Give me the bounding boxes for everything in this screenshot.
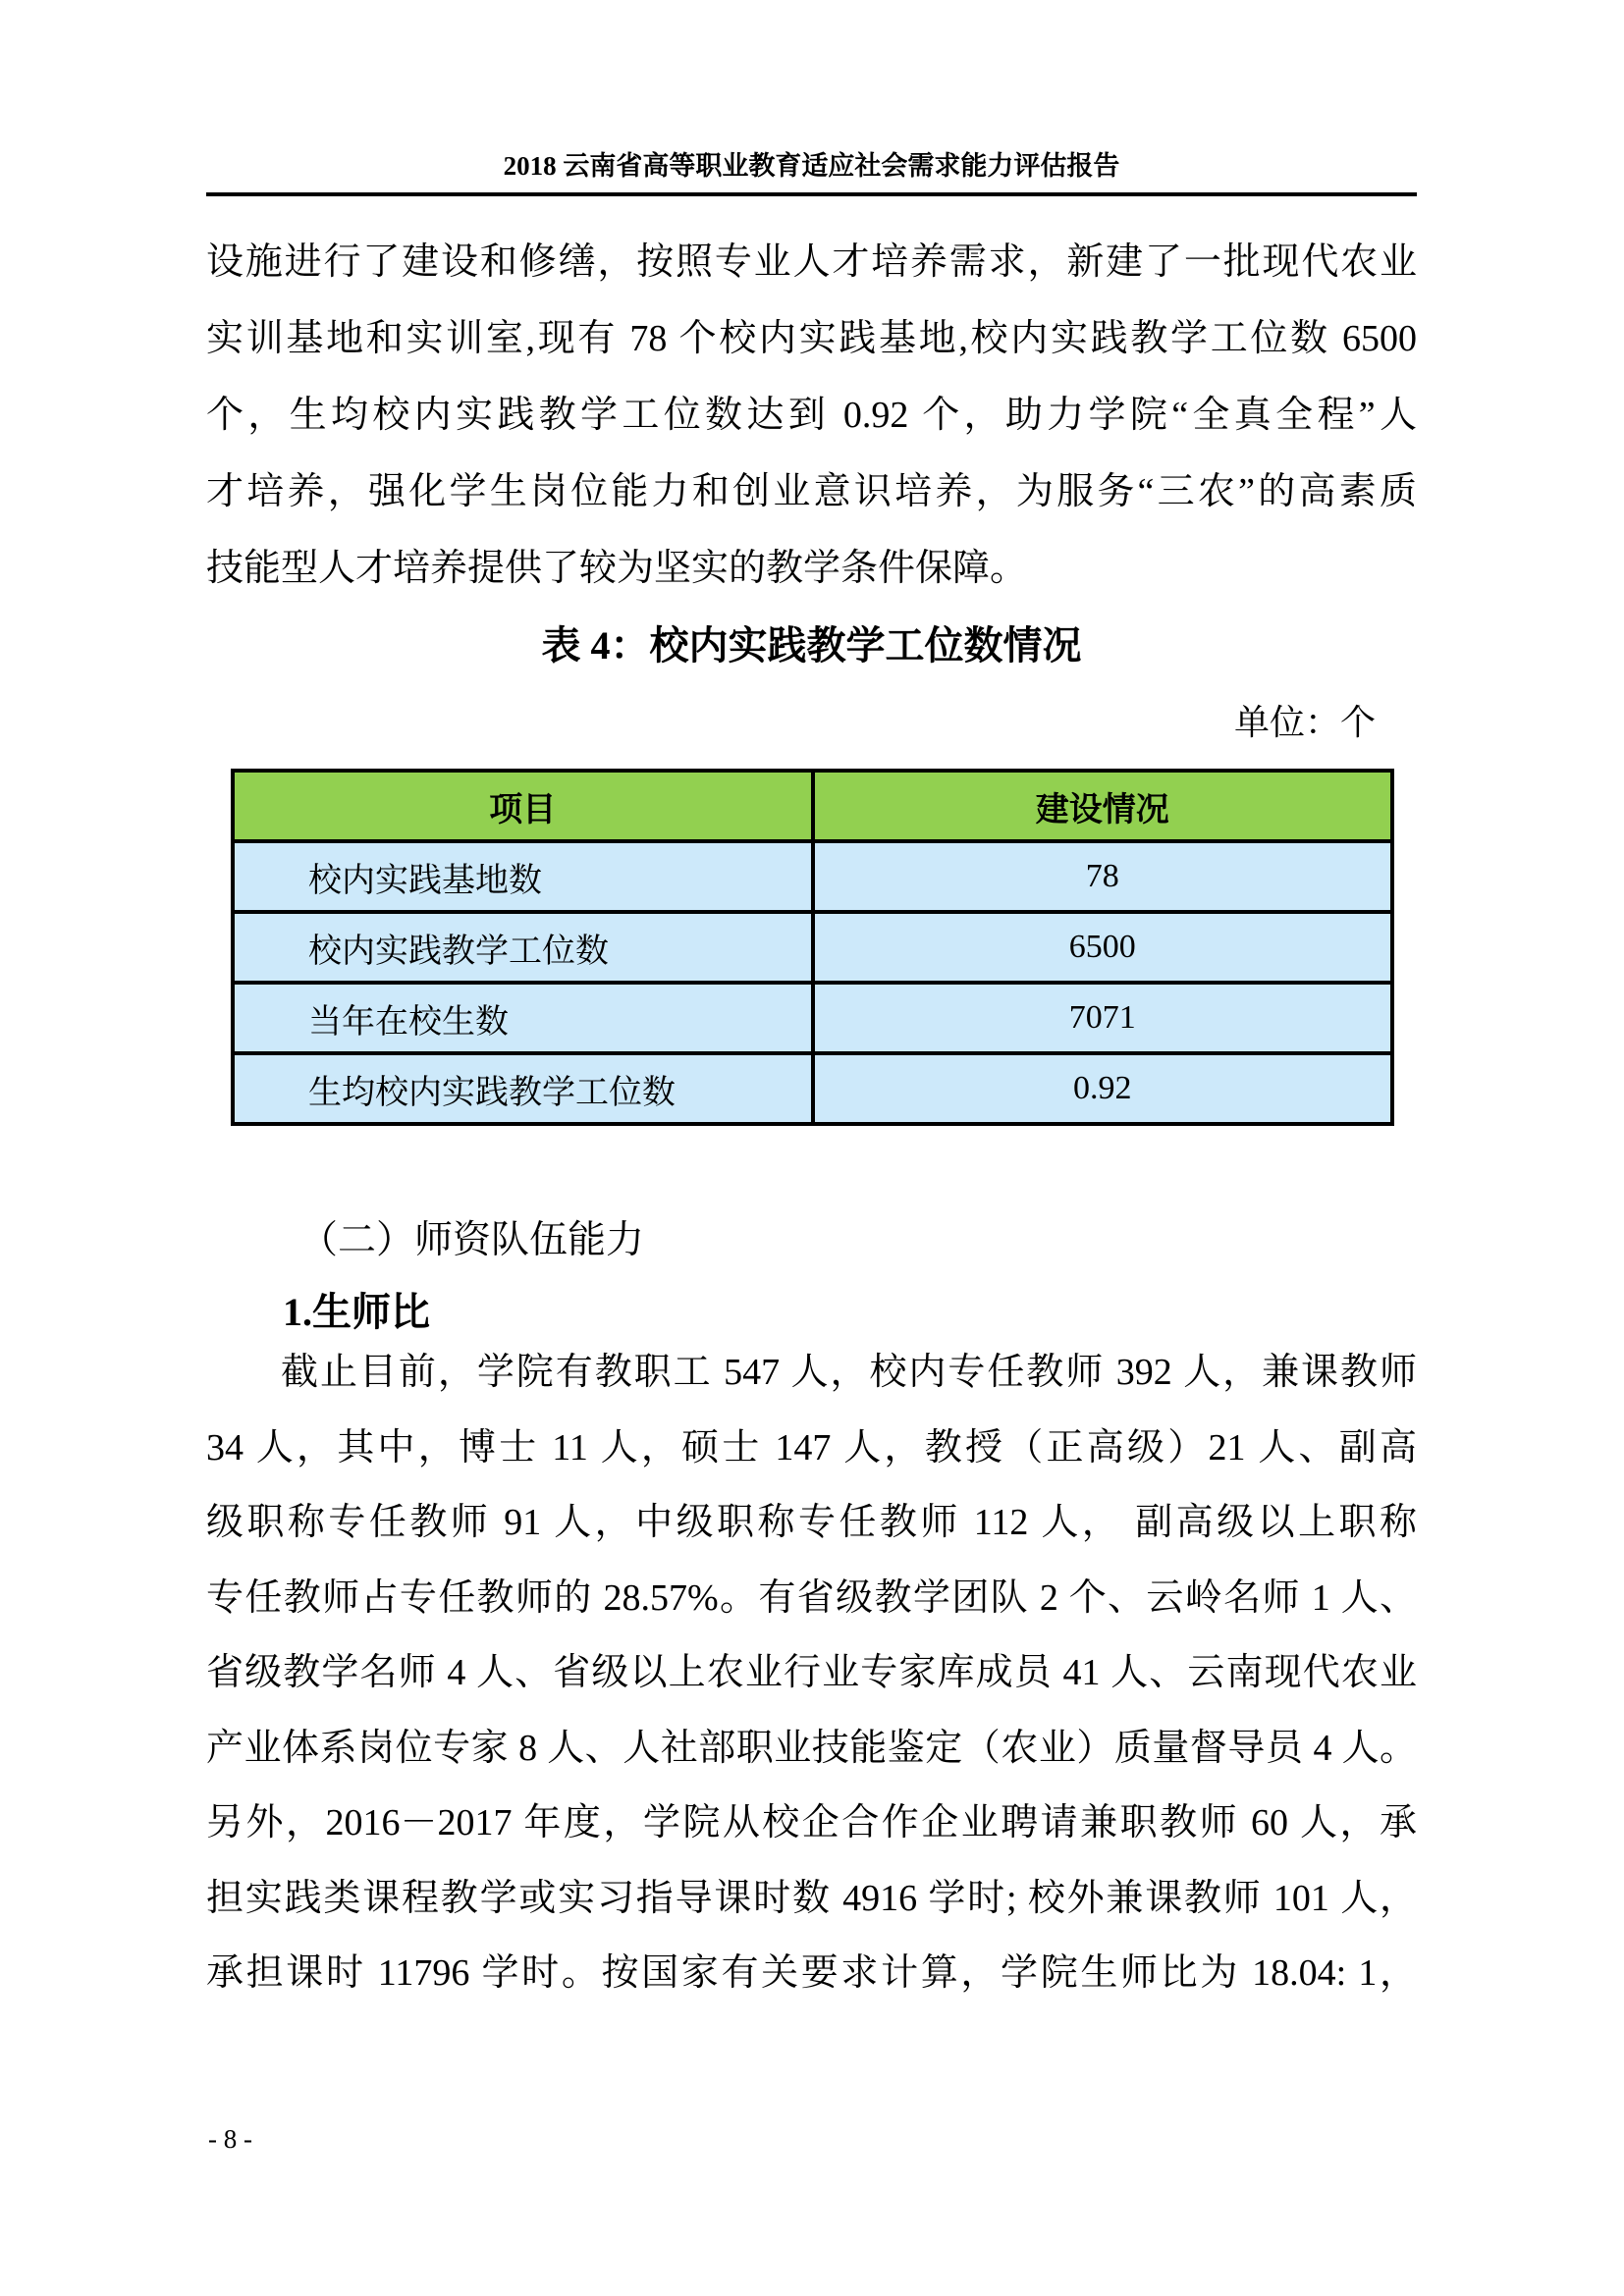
header-title: 2018 云南省高等职业教育适应社会需求能力评估报告: [504, 151, 1120, 181]
table-caption: 表 4：校内实践教学工位数情况: [206, 616, 1417, 675]
row-label: 生均校内实践教学工位数: [233, 1053, 813, 1124]
text-line: 产业体系岗位专家 8 人、人社部职业技能鉴定（农业）质量督导员 4 人。: [206, 1711, 1417, 1787]
practice-stations-table: 项目 建设情况 校内实践基地数 78 校内实践教学工位数 6500 当年在校生数…: [231, 769, 1394, 1126]
text-line: 才培养，强化学生岗位能力和创业意识培养，为服务“三农”的高素质: [206, 454, 1417, 530]
table-row: 生均校内实践教学工位数 0.92: [233, 1053, 1392, 1124]
row-value: 78: [813, 841, 1393, 912]
section-heading-teacher-capacity: （二）师资队伍能力: [299, 1215, 644, 1266]
document-page: 2018 云南省高等职业教育适应社会需求能力评估报告 设施进行了建设和修缮，按照…: [0, 0, 1624, 2296]
row-label: 当年在校生数: [233, 983, 813, 1053]
text-line: 另外，2016－2017 年度，学院从校企合作企业聘请兼职教师 60 人，承: [206, 1786, 1417, 1861]
text-line: 级职称专任教师 91 人，中级职称专任教师 112 人， 副高级以上职称: [206, 1485, 1417, 1561]
unit-label: 单位：个: [206, 695, 1417, 750]
row-label: 校内实践教学工位数: [233, 912, 813, 983]
paragraph-teachers: 截止目前，学院有教职工 547 人，校内专任教师 392 人，兼课教师 34 人…: [206, 1335, 1417, 2011]
page-header: 2018 云南省高等职业教育适应社会需求能力评估报告: [206, 147, 1417, 196]
text-line: 设施进行了建设和修缮，按照专业人才培养需求，新建了一批现代农业: [206, 224, 1417, 300]
column-header-status: 建设情况: [813, 771, 1393, 841]
table-row: 校内实践基地数 78: [233, 841, 1392, 912]
row-value: 7071: [813, 983, 1393, 1053]
page-number: - 8 -: [208, 2122, 252, 2156]
row-value: 0.92: [813, 1053, 1393, 1124]
row-label: 校内实践基地数: [233, 841, 813, 912]
text-line: 技能型人才培养提供了较为坚实的教学条件保障。: [206, 530, 1417, 607]
text-line: 实训基地和实训室,现有 78 个校内实践基地,校内实践教学工位数 6500: [206, 300, 1417, 377]
table-row: 校内实践教学工位数 6500: [233, 912, 1392, 983]
paragraph-facilities: 设施进行了建设和修缮，按照专业人才培养需求，新建了一批现代农业 实训基地和实训室…: [206, 224, 1417, 607]
row-value: 6500: [813, 912, 1393, 983]
text-line: 34 人，其中，博士 11 人，硕士 147 人，教授（正高级）21 人、副高: [206, 1411, 1417, 1486]
text-line: 个，生均校内实践教学工位数达到 0.92 个，助力学院“全真全程”人: [206, 377, 1417, 454]
text-line: 担实践类课程教学或实习指导课时数 4916 学时; 校外兼课教师 101 人，: [206, 1861, 1417, 1937]
text-line: 省级教学名师 4 人、省级以上农业行业专家库成员 41 人、云南现代农业: [206, 1635, 1417, 1711]
table-header-row: 项目 建设情况: [233, 771, 1392, 841]
subsection-heading-ratio: 1.生师比: [283, 1286, 430, 1339]
unit-label-text: 单位：个: [1234, 703, 1376, 742]
column-header-item: 项目: [233, 771, 813, 841]
text-line: 截止目前，学院有教职工 547 人，校内专任教师 392 人，兼课教师: [206, 1335, 1417, 1411]
table-row: 当年在校生数 7071: [233, 983, 1392, 1053]
text-line: 专任教师占专任教师的 28.57%。有省级教学团队 2 个、云岭名师 1 人、: [206, 1561, 1417, 1636]
text-line: 承担课时 11796 学时。按国家有关要求计算，学院生师比为 18.04: 1，: [206, 1936, 1417, 2011]
